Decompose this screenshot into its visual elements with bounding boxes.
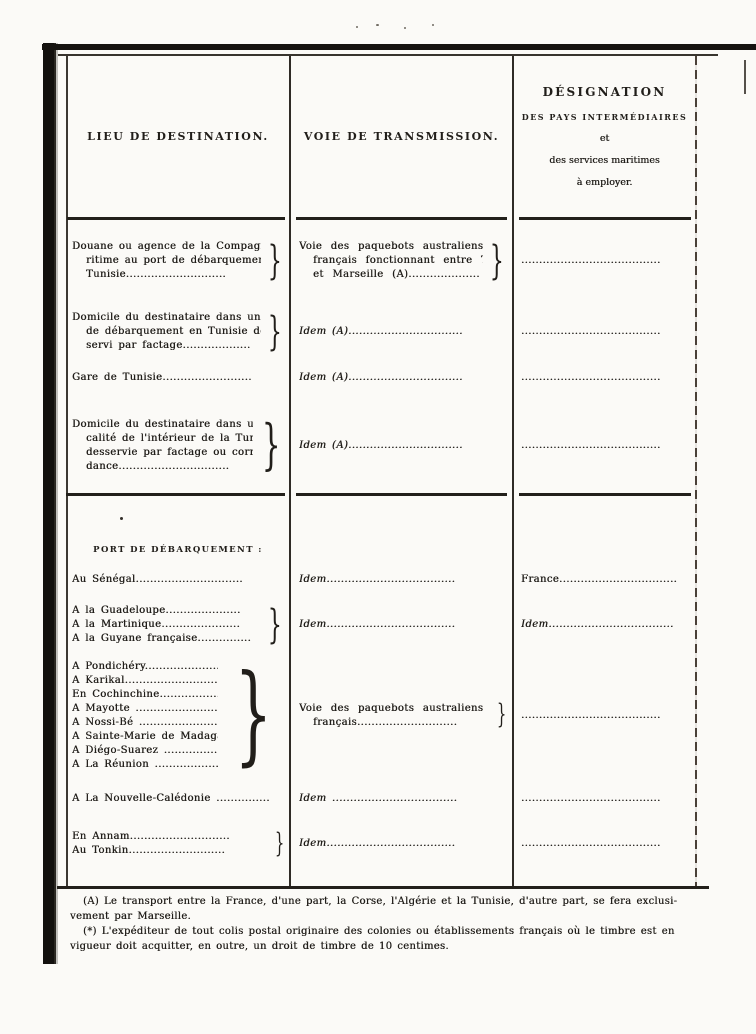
cell-destination: Douane ou agence de la Compagnie ma-riti… — [66, 218, 290, 304]
text-line: français............................ — [299, 716, 492, 730]
ink-speck — [432, 24, 434, 26]
cell-transmission: Idem ................................... — [290, 778, 513, 820]
text-line: Idem.................................... — [299, 837, 510, 851]
col1-title: LIEU DE DESTINATION. — [87, 130, 269, 143]
text-line: En Cochinchine...................... — [72, 688, 218, 702]
cell-transmission: Idem.................................... — [290, 597, 513, 653]
cell-designation: Idem................................... — [513, 597, 696, 653]
text-line: A Sainte-Marie de Madagascar ....... — [72, 730, 218, 744]
text-line: Gare de Tunisie......................... — [72, 371, 288, 385]
cell-destination: A la Guadeloupe.....................A la… — [66, 597, 290, 653]
cell-destination: Gare de Tunisie......................... — [66, 360, 290, 396]
table-row: Domicile du destinataire dans un portde … — [66, 304, 696, 360]
table-bottom-rule — [57, 886, 709, 889]
footnote-star: (*) L'expéditeur de tout colis postal or… — [70, 924, 702, 954]
cell-transmission: Idem (A)................................ — [290, 396, 513, 495]
text-line: ....................................... — [521, 709, 694, 723]
text-line: français fonctionnant entre Tahiti — [299, 254, 483, 268]
text-line: Idem.................................... — [299, 573, 510, 587]
ink-speck — [376, 24, 379, 26]
text-line: servi par factage................... — [72, 339, 261, 353]
cell-destination: A Pondichéry........................A Ka… — [66, 653, 290, 778]
text-line: A La Réunion ....................... — [72, 758, 218, 772]
text-line: Domicile du destinataire dans une lo- — [72, 418, 253, 432]
text-line: Idem (A)................................ — [299, 371, 510, 385]
text-line: Idem................................... — [521, 618, 694, 632]
ink-speck — [356, 26, 358, 28]
text-line: ....................................... — [521, 792, 694, 806]
cell-designation: ....................................... — [513, 396, 696, 495]
table-row: Au Sénégal..............................… — [66, 563, 696, 597]
cell-designation: ....................................... — [513, 778, 696, 820]
text-line: A La Nouvelle-Calédonie ............... — [72, 792, 288, 806]
cell-transmission: Idem (A)................................ — [290, 304, 513, 360]
table-header: LIEU DE DESTINATION. VOIE DE TRANSMISSIO… — [66, 56, 696, 217]
text-line: A Pondichéry........................ — [72, 660, 218, 674]
text-line: Au Tonkin........................... — [72, 844, 270, 858]
cell-designation: ....................................... — [513, 304, 696, 360]
text-line: ....................................... — [521, 439, 694, 453]
table-row: Domicile du destinataire dans une lo-cal… — [66, 396, 696, 495]
binding-bar — [43, 43, 56, 964]
text-line: Au Sénégal.............................. — [72, 573, 288, 587]
text-line: ....................................... — [521, 837, 694, 851]
table-row: Douane ou agence de la Compagnie ma-riti… — [66, 218, 696, 304]
cell-destination: Au Sénégal.............................. — [66, 563, 290, 597]
table-body: Douane ou agence de la Compagnie ma-riti… — [66, 218, 696, 868]
text-line: ....................................... — [521, 371, 694, 385]
brace-glyph: } — [268, 608, 282, 641]
brace-glyph: } — [275, 833, 284, 855]
cell-transmission: Voie des paquebots australiens etfrançai… — [290, 653, 513, 778]
text-line: ritime au port de débarquement en — [72, 254, 261, 268]
text-line: Idem (A)................................ — [299, 325, 510, 339]
text-line: A Nossi-Bé ......................... — [72, 716, 218, 730]
text-line: A la Guyane française............... — [72, 632, 261, 646]
text-line: ....................................... — [521, 254, 694, 268]
cell-designation: ....................................... — [513, 360, 696, 396]
text-line: Idem.................................... — [299, 618, 510, 632]
brace-glyph: } — [268, 244, 282, 277]
text-line: dance............................... — [72, 460, 253, 474]
cell-destination: Domicile du destinataire dans un portde … — [66, 304, 290, 360]
header-cell-designation: DÉSIGNATION DES PAYS INTERMÉDIAIRES et d… — [513, 56, 696, 217]
text-line: desservie par factage ou correspon- — [72, 446, 253, 460]
scanned-document-page: LIEU DE DESTINATION. VOIE DE TRANSMISSIO… — [0, 0, 756, 1034]
col3-title-line: DES PAYS INTERMÉDIAIRES — [522, 112, 687, 122]
text-line: A Mayotte .......................... — [72, 702, 218, 716]
col3-title-line: des services maritimes — [549, 155, 660, 166]
section-heading-label: PORT DE DÉBARQUEMENT : — [66, 545, 290, 555]
header-cell-destination: LIEU DE DESTINATION. — [66, 56, 290, 217]
cell-transmission: Voie des paquebots australiens etfrançai… — [290, 218, 513, 304]
text-line: Tunisie............................ — [72, 268, 261, 282]
text-line: Idem ................................... — [299, 792, 510, 806]
table-row: En Annam............................Au T… — [66, 820, 696, 868]
col3-title-line: et — [600, 133, 609, 144]
col3-title-line: DÉSIGNATION — [543, 85, 667, 99]
top-thick-rule — [42, 44, 756, 50]
cell-designation: ....................................... — [513, 218, 696, 304]
text-line: A la Guadeloupe..................... — [72, 604, 261, 618]
cell-transmission: Idem (A)................................ — [290, 360, 513, 396]
text-line: de débarquement en Tunisie des- — [72, 325, 261, 339]
text-line: Voie des paquebots australiens et — [299, 240, 483, 254]
table-row: A La Nouvelle-Calédonie ...............I… — [66, 778, 696, 820]
text-line: A Diégo-Suarez ..................... — [72, 744, 218, 758]
cell-destination: Domicile du destinataire dans une lo-cal… — [66, 396, 290, 495]
table-row: A la Guadeloupe.....................A la… — [66, 597, 696, 653]
cell-transmission: Idem.................................... — [290, 820, 513, 868]
text-line: Douane ou agence de la Compagnie ma- — [72, 240, 261, 254]
brace-glyph: } — [261, 423, 280, 467]
text-line: ....................................... — [521, 325, 694, 339]
text-line: et Marseille (A).................... — [299, 268, 483, 282]
col2-title: VOIE DE TRANSMISSION. — [304, 130, 499, 143]
brace-glyph: } — [268, 315, 282, 348]
text-line: Domicile du destinataire dans un port — [72, 311, 261, 325]
cell-destination: En Annam............................Au T… — [66, 820, 290, 868]
text-line: Idem (A)................................ — [299, 439, 510, 453]
col3-title-line: à employer. — [577, 177, 633, 188]
text-line: Voie des paquebots australiens et — [299, 702, 492, 716]
brace-glyph: } — [235, 671, 273, 760]
footnotes: (A) Le transport entre la France, d'une … — [70, 894, 702, 954]
cell-transmission: Idem.................................... — [290, 563, 513, 597]
footnote-a: (A) Le transport entre la France, d'une … — [70, 894, 702, 924]
footnote-line: vement par Marseille. — [70, 909, 702, 924]
header-cell-transmission: VOIE DE TRANSMISSION. — [290, 56, 513, 217]
text-line: En Annam............................ — [72, 830, 270, 844]
text-line: A Karikal........................... — [72, 674, 218, 688]
text-line: France................................. — [521, 573, 694, 587]
section-heading: PORT DE DÉBARQUEMENT : — [66, 495, 696, 563]
footnote-line: (A) Le transport entre la France, d'une … — [70, 894, 702, 909]
table-row: Gare de Tunisie.........................… — [66, 360, 696, 396]
brace-glyph: } — [497, 704, 506, 726]
scan-edge-mark — [744, 60, 746, 94]
cell-designation: ....................................... — [513, 653, 696, 778]
text-line: A la Martinique...................... — [72, 618, 261, 632]
brace-glyph: } — [490, 244, 504, 277]
cell-designation: France................................. — [513, 563, 696, 597]
ink-speck — [404, 27, 406, 29]
text-line: calité de l'intérieur de la Tunisie — [72, 432, 253, 446]
footnote-line: (*) L'expéditeur de tout colis postal or… — [70, 924, 702, 939]
table-row: A Pondichéry........................A Ka… — [66, 653, 696, 778]
footnote-line: vigueur doit acquitter, en outre, un dro… — [70, 939, 702, 954]
cell-designation: ....................................... — [513, 820, 696, 868]
cell-destination: A La Nouvelle-Calédonie ............... — [66, 778, 290, 820]
